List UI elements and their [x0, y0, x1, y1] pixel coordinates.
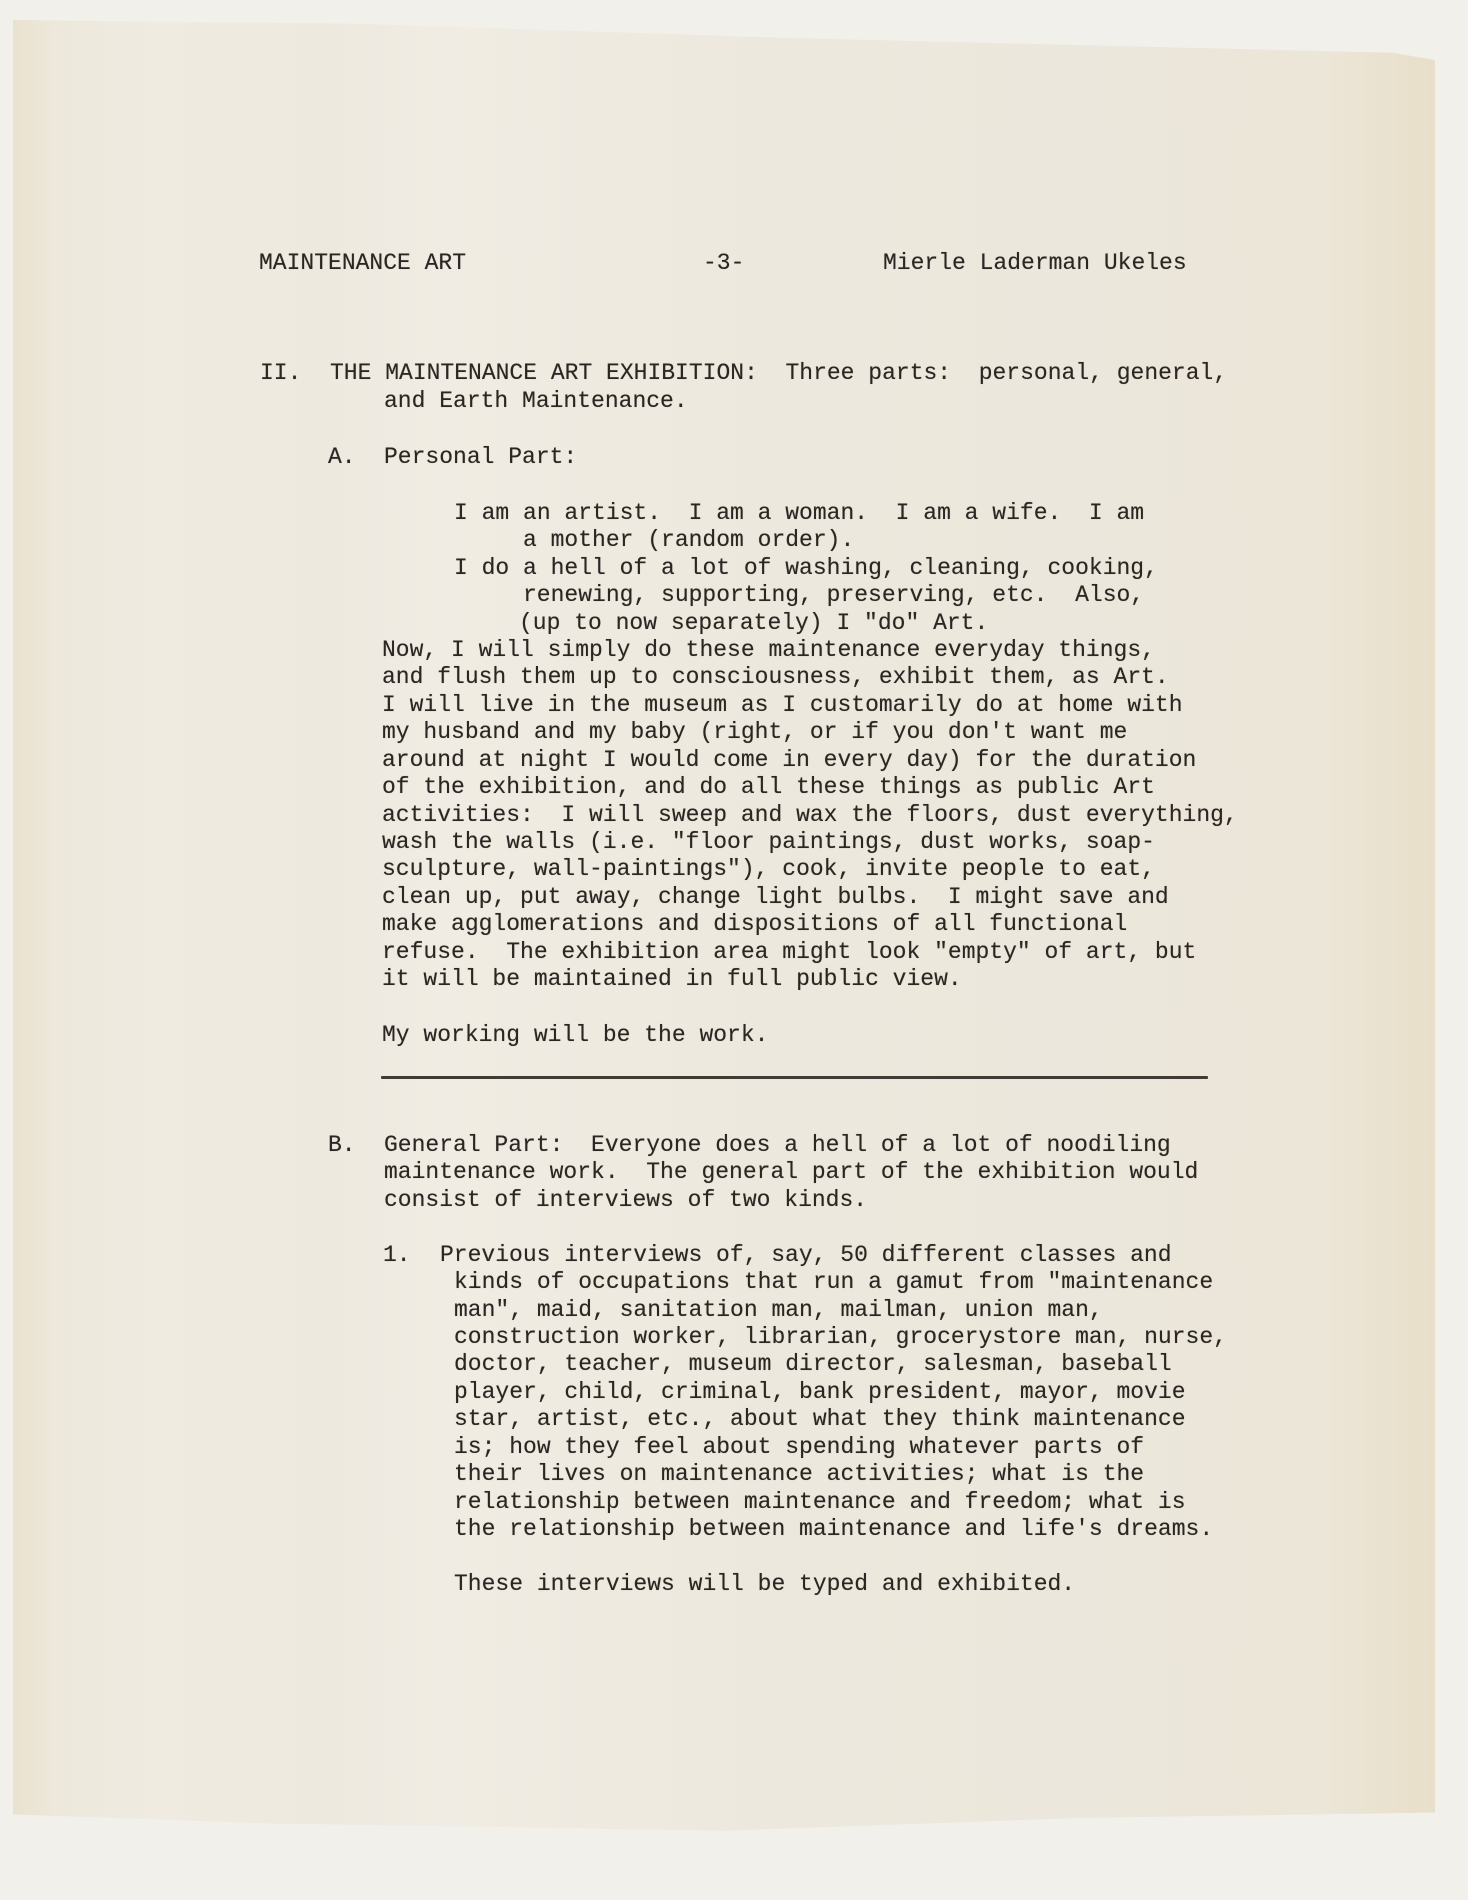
paragraph-line: my husband and my baby (right, or if you…	[382, 719, 1127, 746]
section-numeral: II.	[260, 360, 301, 387]
section-heading: THE MAINTENANCE ART EXHIBITION: Three pa…	[330, 360, 1227, 387]
paragraph-line: clean up, put away, change light bulbs. …	[382, 884, 1169, 911]
header-author: Mierle Laderman Ukeles	[883, 250, 1187, 277]
paragraph-line: kinds of occupations that run a gamut fr…	[454, 1269, 1213, 1296]
paragraph-line: make agglomerations and dispositions of …	[382, 911, 1127, 938]
paragraph-line: I am an artist. I am a woman. I am a wif…	[454, 500, 1144, 527]
paragraph-line: a mother (random order).	[523, 527, 854, 554]
paragraph-line: around at night I would come in every da…	[382, 747, 1196, 774]
paragraph-line: doctor, teacher, museum director, salesm…	[454, 1351, 1172, 1378]
paragraph-line: maintenance work. The general part of th…	[384, 1159, 1198, 1186]
paragraph-line: player, child, criminal, bank president,…	[454, 1379, 1186, 1406]
paragraph-line: sculpture, wall-paintings"), cook, invit…	[382, 856, 1155, 883]
paragraph-line: the relationship between maintenance and…	[454, 1516, 1213, 1543]
paragraph-line: of the exhibition, and do all these thin…	[382, 774, 1155, 801]
paragraph-line: Now, I will simply do these maintenance …	[382, 637, 1155, 664]
part-b-label: B.	[328, 1132, 356, 1159]
paragraph-line: is; how they feel about spending whateve…	[454, 1434, 1144, 1461]
paragraph-line: I do a hell of a lot of washing, cleanin…	[454, 555, 1158, 582]
paragraph-line: (up to now separately) I "do" Art.	[519, 610, 988, 637]
closing-statement: My working will be the work.	[382, 1022, 768, 1049]
paragraph-line: it will be maintained in full public vie…	[382, 966, 962, 993]
item-1-label: 1.	[383, 1242, 411, 1269]
paragraph-line: construction worker, librarian, grocerys…	[454, 1324, 1227, 1351]
part-a-label: A.	[328, 444, 356, 471]
paragraph-line: General Part: Everyone does a hell of a …	[384, 1132, 1171, 1159]
paragraph-line: relationship between maintenance and fre…	[454, 1489, 1186, 1516]
paragraph-line: wash the walls (i.e. "floor paintings, d…	[382, 829, 1155, 856]
part-a-title: Personal Part:	[384, 444, 577, 471]
section-heading-cont: and Earth Maintenance.	[384, 388, 688, 415]
paragraph-line: their lives on maintenance activities; w…	[454, 1461, 1144, 1488]
paragraph-line: and flush them up to consciousness, exhi…	[382, 664, 1169, 691]
section-divider	[381, 1076, 1208, 1079]
paragraph-line: activities: I will sweep and wax the flo…	[382, 802, 1238, 829]
paragraph-line: consist of interviews of two kinds.	[384, 1187, 867, 1214]
paragraph-line: Previous interviews of, say, 50 differen…	[440, 1242, 1172, 1269]
page-number: -3-	[703, 250, 744, 277]
paragraph-line: I will live in the museum as I customari…	[382, 692, 1183, 719]
paragraph-line: man", maid, sanitation man, mailman, uni…	[454, 1297, 1103, 1324]
paragraph-line: renewing, supporting, preserving, etc. A…	[523, 582, 1144, 609]
header-title: MAINTENANCE ART	[259, 250, 466, 277]
closing-statement: These interviews will be typed and exhib…	[454, 1571, 1075, 1598]
paragraph-line: star, artist, etc., about what they thin…	[454, 1406, 1186, 1433]
paragraph-line: refuse. The exhibition area might look "…	[382, 939, 1196, 966]
